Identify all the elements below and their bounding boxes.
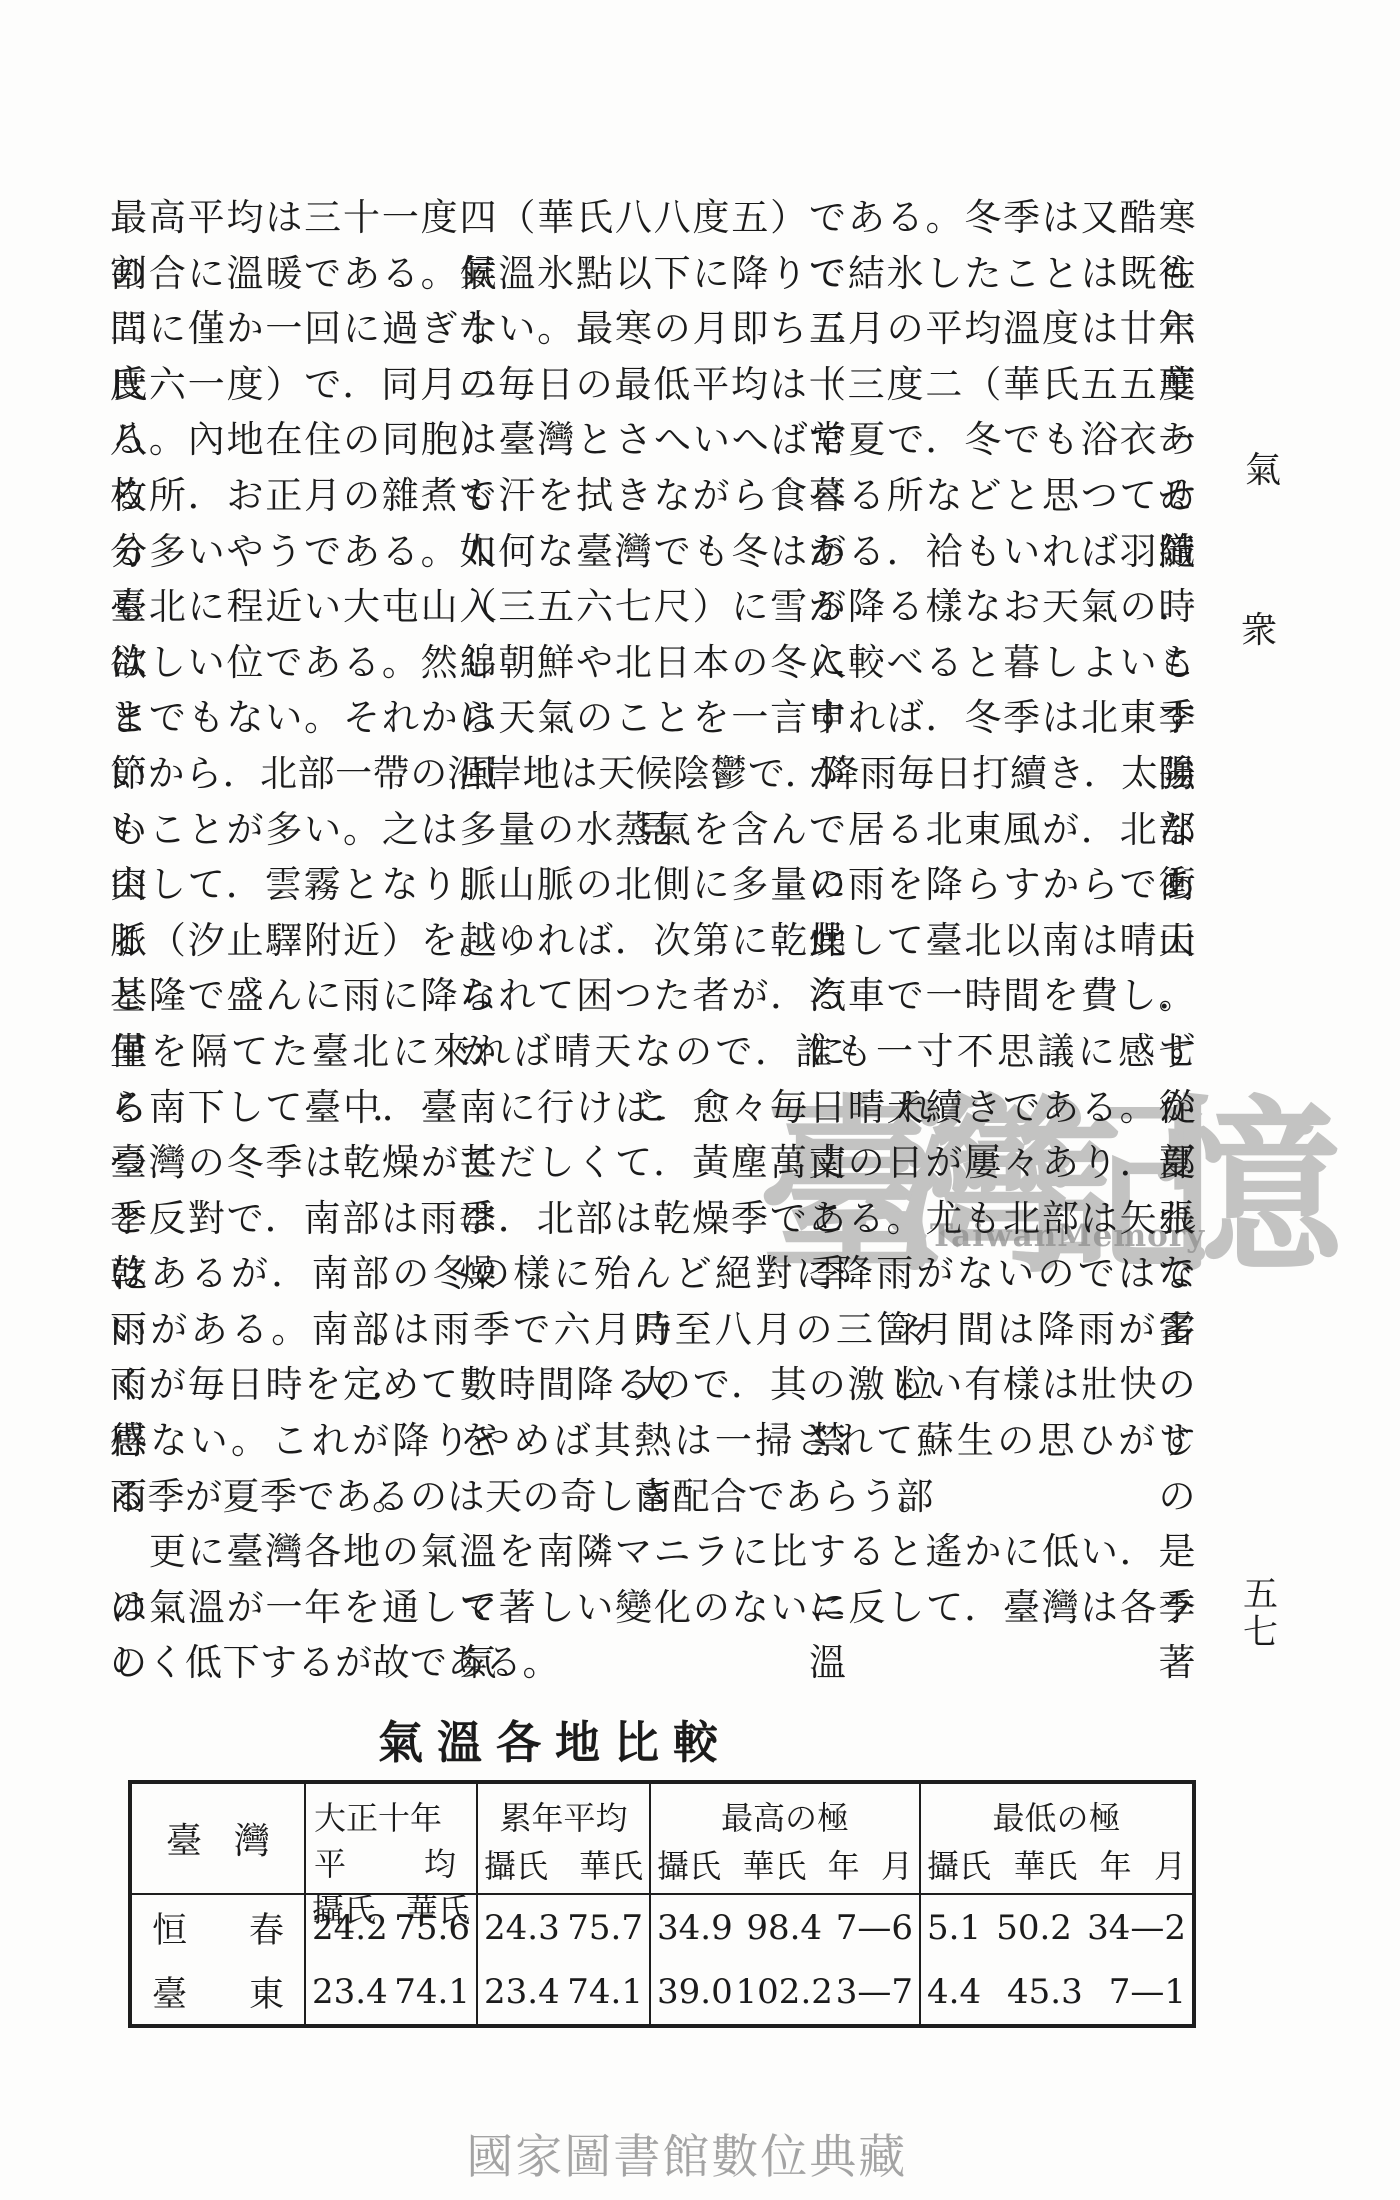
text-line: と反對で．南部は雨季．北部は乾燥季である。尤も北部は矢張乾燥季で xyxy=(110,1191,1196,1247)
value: 75.7 xyxy=(567,1908,643,1948)
sub-col-label: 華氏 xyxy=(579,1841,643,1887)
value: 39.0 xyxy=(657,1972,733,2012)
value: 34.9 xyxy=(657,1908,733,1948)
text-line: 得ない。これが降りやめば其熱は一掃されて蘇生の思ひがする。南部の xyxy=(110,1413,1196,1469)
value: 74.1 xyxy=(394,1972,470,2012)
text-line: 更に臺灣各地の氣溫を南隣マニラに比すると遙かに低い．是はマニラ xyxy=(110,1524,1196,1580)
text-line: 雨が毎日時を定めて數時間降るので．其の激しい有樣は壯快の感を禁じ xyxy=(110,1357,1196,1413)
section-title: 氣溫各地比較 xyxy=(378,1706,732,1771)
page-number-char-2: 七 xyxy=(1243,1614,1278,1652)
value-cell-group: 23.474.1 xyxy=(477,1960,650,2026)
value: 34—2 xyxy=(1087,1908,1186,1948)
sub-col-label: 攝氏 xyxy=(927,1841,991,1887)
col-header-group: 累年平均攝氏華氏 xyxy=(477,1782,650,1894)
value-cell-group: 39.0102.23—7 xyxy=(650,1960,920,2026)
text-line: 割合に溫暖である。氣溫氷點以下に降りて結氷したことは既往二十五年 xyxy=(110,246,1196,302)
text-line: 基隆で盛んに雨に降られて困つた者が．汽車で一時間を費し．僅かに七 xyxy=(110,968,1196,1024)
sub-col-label: 年 xyxy=(828,1841,860,1887)
text-line: 欲しい位である。然し朝鮮や北日本の冬に較べると暮しよいことは申す xyxy=(110,635,1196,691)
value: 3—7 xyxy=(836,1972,913,2012)
col-header-group: 最低の極攝氏華氏年月 xyxy=(920,1782,1194,1894)
text-line: 脈（汐止驛附近）を越ゆれば．次第に乾燥して臺北以南は晴天となる。 xyxy=(110,913,1196,969)
table-row: 恒春24.275.624.375.734.998.47—65.150.234—2 xyxy=(130,1894,1194,1960)
text-line: 氏六一度）で．同月の毎日の最低平均は十三度二（華氏五五度八）であ xyxy=(110,357,1196,413)
value: 4.4 xyxy=(927,1972,981,2012)
text-line: 里を隔てた臺北に來れば晴天なので．誰も一寸不思議に感ずる．これか xyxy=(110,1024,1196,1080)
text-line: 間に僅か一回に過ぎない。最寒の月即ち二月の平均溫度は廿六度二（華 xyxy=(110,301,1196,357)
region-header-char: 臺 xyxy=(166,1813,202,1864)
value-cell-group: 34.998.47—6 xyxy=(650,1894,920,1960)
value-cell-group: 24.375.7 xyxy=(477,1894,650,1960)
text-line: はあるが．南部の冬の樣に殆んど絕對に降雨がないのではない。時々雷 xyxy=(110,1246,1196,1302)
sub-col-label: 華氏 xyxy=(742,1841,806,1887)
text-line: いから．北部一帶の沿岸地は天候陰鬱で．降雨毎日打續き．太陽も見な xyxy=(110,746,1196,802)
value: 24.2 xyxy=(312,1908,388,1948)
group-label-line2: 平均 xyxy=(312,1839,470,1885)
table-row: 臺東23.474.123.474.139.0102.23—74.445.37—1 xyxy=(130,1960,1194,2026)
place-cell: 臺東 xyxy=(130,1960,305,2026)
cmp-table: 臺灣大正十年平均攝氏華氏累年平均攝氏華氏最高の極攝氏華氏年月最低の極攝氏華氏年月… xyxy=(128,1780,1196,2028)
running-head-char-1: 氣 xyxy=(1245,452,1281,490)
sub-col-label: 攝氏 xyxy=(484,1841,548,1887)
text-line: る。內地在住の同胞は臺灣とさへいへば常夏で．冬でも浴衣一枚で暮せ xyxy=(110,412,1196,468)
value: 74.1 xyxy=(567,1972,643,2012)
temperature-comparison-table: 臺灣大正十年平均攝氏華氏累年平均攝氏華氏最高の極攝氏華氏年月最低の極攝氏華氏年月… xyxy=(128,1780,1196,2028)
place-cell: 恒春 xyxy=(130,1894,305,1960)
page-number-char-1: 五 xyxy=(1243,1576,1278,1614)
region-header-char: 灣 xyxy=(234,1813,270,1864)
text-line: 突して．雲霧となり．山脈の北側に多量の雨を降らすからである。此山 xyxy=(110,857,1196,913)
text-line: いことが多い。之は多量の水蒸氣を含んで居る北東風が．北部山脈に衝 xyxy=(110,802,1196,858)
group-label: 最低の極 xyxy=(927,1793,1186,1839)
body-text: 最高平均は三十一度四（華氏八八度五）である。冬季は又酷寒の候でも割合に溫暖である… xyxy=(110,190,1196,1691)
sub-col-label: 華氏 xyxy=(1013,1841,1077,1887)
sub-col-label: 年 xyxy=(1100,1841,1132,1887)
value: 7—6 xyxy=(836,1908,913,1948)
text-line: る所．お正月の雜煮も汗を拭きながら食べる所などと思つてゐる人が隨 xyxy=(110,468,1196,524)
value-cell-group: 5.150.234—2 xyxy=(920,1894,1194,1960)
col-header-group: 最高の極攝氏華氏年月 xyxy=(650,1782,920,1894)
value: 23.4 xyxy=(312,1972,388,2012)
value-cell-group: 23.474.1 xyxy=(305,1960,477,2026)
text-line: ら南下して臺中．臺南に行けば．愈々毎日晴天續きである。從つて南部 xyxy=(110,1080,1196,1136)
value: 45.3 xyxy=(1007,1972,1083,2012)
library-digital-archive-stamp: 國家圖書館數位典藏 xyxy=(466,2120,907,2187)
value: 23.4 xyxy=(484,1972,560,2012)
text-line: 臺灣の冬季は乾燥が甚だしくて．黃塵萬丈の日が屢々あり．夏季はこれ xyxy=(110,1135,1196,1191)
value: 50.2 xyxy=(996,1908,1072,1948)
col-header-group: 大正十年平均攝氏華氏 xyxy=(305,1782,477,1894)
text-line: 分多いやうである。如何な臺灣でも冬はある．袷もいれば羽織も入る． xyxy=(110,524,1196,580)
col-header-region: 臺灣 xyxy=(130,1782,305,1894)
text-line: 臺北に程近い大屯山（三五六七尺）に雪が降る樣なお天氣の時は綿入も xyxy=(110,579,1196,635)
value: 24.3 xyxy=(484,1908,560,1948)
value: 75.6 xyxy=(394,1908,470,1948)
text-line: 最高平均は三十一度四（華氏八八度五）である。冬季は又酷寒の候でも xyxy=(110,190,1196,246)
page-number: 五 七 xyxy=(1243,1576,1278,1652)
group-label: 累年平均 xyxy=(484,1793,643,1839)
value: 98.4 xyxy=(746,1908,822,1948)
value: 102.2 xyxy=(736,1972,833,2012)
sub-col-label: 月 xyxy=(1154,1841,1186,1887)
group-label: 最高の極 xyxy=(657,1793,913,1839)
scanned-book-page: 臺灣記憶 TaiwanMemory 最高平均は三十一度四（華氏八八度五）である。… xyxy=(0,0,1400,2200)
sub-col-label: 月 xyxy=(881,1841,913,1887)
value: 7—1 xyxy=(1109,1972,1186,2012)
running-head-char-2: 衆 xyxy=(1241,612,1277,650)
value: 5.1 xyxy=(927,1908,981,1948)
text-line: の氣溫が一年を通して著しい變化のないに反して．臺灣は各季の氣溫著 xyxy=(110,1580,1196,1636)
text-line: までもない。それから天氣のことを一言すれば．冬季は北東季節風が強 xyxy=(110,690,1196,746)
sub-col-label: 攝氏 xyxy=(657,1841,721,1887)
value-cell-group: 4.445.37—1 xyxy=(920,1960,1194,2026)
group-label: 大正十年 xyxy=(312,1793,470,1839)
text-line: 雨がある。南部は雨季で六月乃至八月の三箇月間は降雨が多く．大粒の xyxy=(110,1302,1196,1358)
